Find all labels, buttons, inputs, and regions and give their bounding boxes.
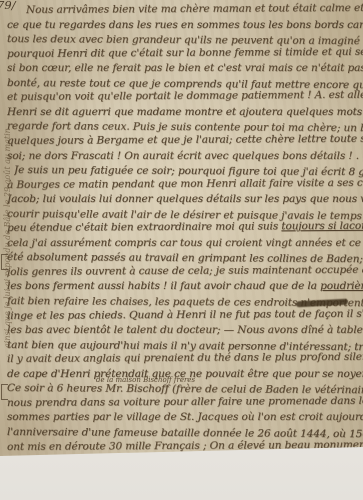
underlined-words: toujours si laconique bbox=[281, 220, 363, 233]
scanner-background bbox=[0, 457, 363, 500]
handwritten-line: Nous arrivâmes bien vite ma chère maman … bbox=[26, 2, 363, 17]
interline-note: de la maison Bischoff frères bbox=[96, 376, 195, 384]
handwritten-line: Henri se dit aguerri que madame montre e… bbox=[7, 106, 363, 119]
handwritten-line: les bons ferment aussi habits ! il faut … bbox=[7, 280, 363, 293]
handwritten-line: nous prendra dans sa voiture pour aller … bbox=[7, 395, 363, 410]
handwritten-line: si bon cœur, elle ne ferait pas le bien … bbox=[7, 62, 363, 75]
handwritten-line: soi; ne dors Frascati ! On aurait écrit … bbox=[7, 150, 363, 163]
margin-bracket-icon bbox=[1, 254, 8, 270]
handwritten-line: pourquoi Henri dit que c'était sur la bo… bbox=[7, 45, 363, 60]
handwritten-line: il y avait deux anglais qui prenaient du… bbox=[7, 351, 363, 366]
handwritten-line: ce que tu regardes dans les rues en somm… bbox=[7, 19, 363, 32]
underlined-words: poudrière bbox=[320, 280, 363, 292]
scanned-letter-page: { "document": { "kind": "handwritten let… bbox=[0, 0, 363, 500]
margin-bracket-icon bbox=[1, 384, 8, 400]
handwritten-line: et puisqu'on voit qu'elle portait le dom… bbox=[7, 89, 363, 104]
handwritten-line: jolis genres ils ouvrent à cause de cela… bbox=[7, 264, 363, 279]
handwritten-line: à Bourges ce matin pendant que mon Henri… bbox=[7, 176, 363, 191]
handwritten-line: ont mis en déroute 30 mille Français ; O… bbox=[7, 438, 363, 453]
handwritten-line: linge et les pas chieds. Quand à Henri i… bbox=[7, 307, 363, 322]
handwritten-line: quelques jours à Bergame et que je l'aur… bbox=[7, 133, 363, 148]
handwritten-line: Jacob; lui voulais lui donner quelques d… bbox=[7, 193, 363, 206]
handwritten-line: cela j'ai assurément compris car tous qu… bbox=[7, 237, 363, 250]
letter-paper: 79/ Nous arrivâmes bien vite ma chère ma… bbox=[0, 0, 363, 457]
margin-note: ainsi que je lui ai répondu de Bâle le 2… bbox=[3, 8, 12, 348]
handwritten-line: les bas avec bientôt le talent du docteu… bbox=[7, 324, 363, 337]
handwritten-line: sommes parties par le village de St. Jac… bbox=[7, 411, 363, 424]
handwritten-line: peu étendue c'était bien extraordinaire … bbox=[7, 220, 363, 235]
